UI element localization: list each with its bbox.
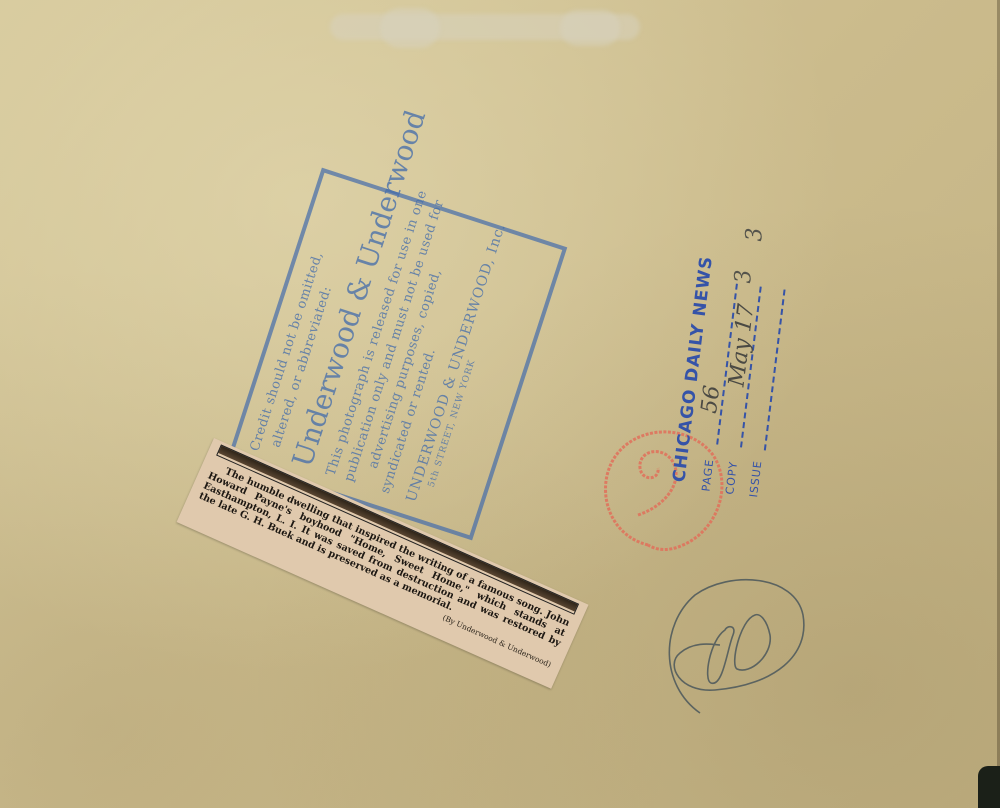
- field-label: PAGE: [699, 443, 718, 492]
- pencil-number: 3: [732, 270, 757, 284]
- field-label: ISSUE: [747, 449, 766, 498]
- water-stain: [380, 8, 440, 48]
- handwritten-page: 56: [697, 384, 725, 415]
- chicago-daily-news-stamp: CHICAGO DAILY NEWS PAGE 56 COPY May 17 I…: [669, 278, 814, 501]
- pencil-number: 3: [743, 228, 768, 242]
- water-stain: [560, 10, 620, 46]
- torn-corner: [978, 766, 1000, 808]
- pencil-initials-oval: [655, 565, 815, 725]
- field-label: COPY: [723, 446, 742, 495]
